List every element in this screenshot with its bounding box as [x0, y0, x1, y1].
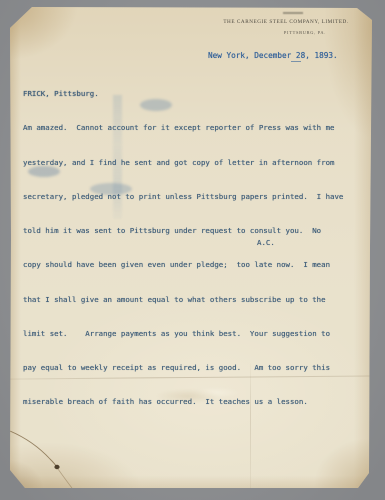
letterhead-location: PITTSBURG, PA.: [260, 30, 350, 35]
recipient-line: FRICK, Pittsburg.: [23, 86, 363, 102]
tear-crack: [10, 422, 100, 490]
letterhead-small-print: [283, 12, 303, 14]
date-underline: [291, 61, 301, 62]
body-line: limit set. Arrange payments as you think…: [23, 326, 363, 342]
corner-stain: [10, 437, 50, 490]
body-line: miserable breach of faith has occurred. …: [23, 394, 363, 410]
body-line: Am amazed. Cannot account for it except …: [23, 120, 363, 136]
dateline: New York, December 28, 1893.: [208, 51, 338, 60]
body-line: that I shall give an amount equal to wha…: [23, 292, 363, 308]
letter-paper: THE CARNEGIE STEEL COMPANY, LIMITED. PIT…: [10, 7, 372, 490]
photo-background: THE CARNEGIE STEEL COMPANY, LIMITED. PIT…: [0, 0, 385, 500]
body-line: told him it was sent to Pittsburg under …: [23, 223, 363, 239]
body-line: copy should have been given even under p…: [23, 257, 363, 273]
body-line: secretary, pledged not to print unless P…: [23, 189, 363, 205]
letter-body: FRICK, Pittsburg. Am amazed. Cannot acco…: [23, 68, 363, 429]
body-line: yesterday, and I find he sent and got co…: [23, 155, 363, 171]
body-line: pay equal to weekly receipt as required,…: [23, 360, 363, 376]
letterhead-company: THE CARNEGIE STEEL COMPANY, LIMITED.: [206, 19, 366, 25]
signature: A.C.: [257, 238, 275, 247]
